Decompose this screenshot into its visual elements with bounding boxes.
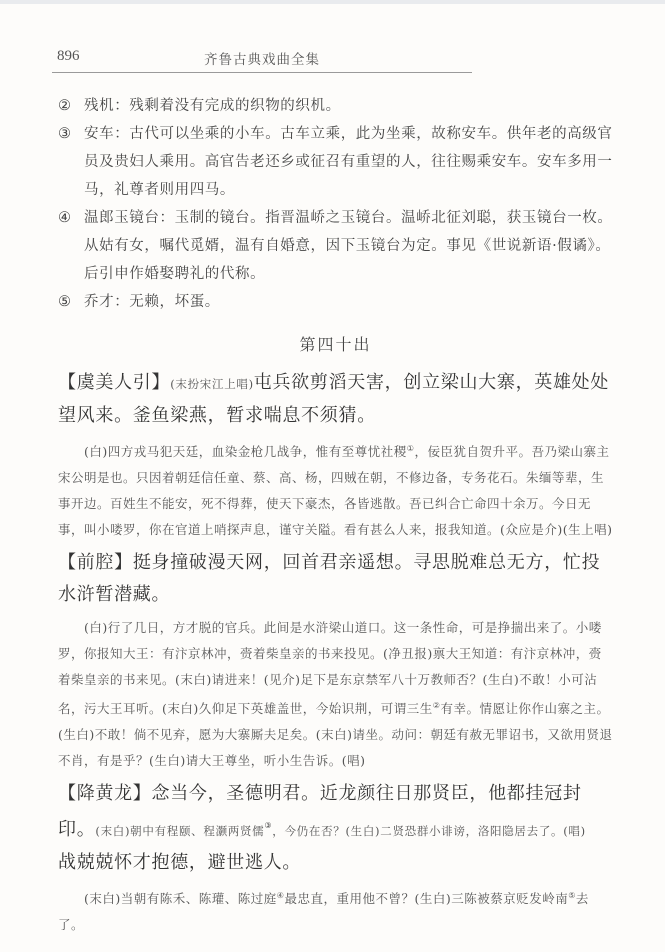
page-content: ②残机：残剩着没有完成的织物的织机。 ③安车：古代可以坐乘的小车。古车立乘，此为… <box>58 92 613 942</box>
scene-title: 第四十出 <box>58 332 613 355</box>
footnote-ref: ⑤ <box>568 891 576 900</box>
verse-text: 战兢兢怀才抱德，避世逃人。 <box>58 852 301 873</box>
aria-verse: 【虞美人引】(末扮宋江上唱)屯兵欲剪滔天害，创立梁山大寨，英雄处处望风来。釜鱼梁… <box>58 367 613 432</box>
stage-direction: (末白)朝中有程颐、程灏两贤儒 <box>95 824 264 838</box>
footnote-text: 安车：古代可以坐乘的小车。古车立乘，此为坐乘，故称安车。供年老的高级官员及贵妇人… <box>84 126 613 198</box>
dialogue-text: 最忠直，重用他不曾？(生白)三陈被蔡京贬发岭南 <box>284 891 568 906</box>
dialogue-paragraph: (白)四方戎马犯天廷，血染金枪几战争，惟有至尊忧社稷①，佞臣犹自贺升平。吾乃梁山… <box>58 436 613 543</box>
footnote-number: ④ <box>58 204 84 232</box>
stage-direction: (末扮宋江上唱) <box>170 377 254 391</box>
footnote-text: 乔才：无赖，坏蛋。 <box>84 294 220 310</box>
footnote-text: 温郎玉镜台：玉制的镜台。指晋温峤之玉镜台。温峤北征刘聪，获玉镜台一枚。从姑有女，… <box>84 210 613 282</box>
footnote-number: ② <box>58 92 84 120</box>
footnote: ②残机：残剩着没有完成的织物的织机。 <box>58 92 613 120</box>
footnote-text: 残机：残剩着没有完成的织物的织机。 <box>84 98 341 114</box>
book-title: 齐鲁古典戏曲全集 <box>52 48 472 68</box>
top-bar <box>0 0 665 4</box>
tune-name: 【前腔】 <box>58 552 133 573</box>
dialogue-paragraph: (末白)当朝有陈禾、陈瓘、陈过庭④最忠直，重用他不曾？(生白)三陈被蔡京贬发岭南… <box>58 883 613 938</box>
tune-name: 【降黄龙】 <box>58 783 152 804</box>
stage-direction: ，今仍在否？(生白)二贤恐群小诽谤，洛阳隐居去了。(唱) <box>272 824 586 838</box>
footnote: ⑤乔才：无赖，坏蛋。 <box>58 288 613 316</box>
footnote-number: ⑤ <box>58 288 84 316</box>
dialogue-paragraph: (白)行了几日，方才脱的官兵。此间是水浒梁山道口。这一条性命，可是挣揣出来了。小… <box>58 615 613 774</box>
footnote-number: ③ <box>58 120 84 148</box>
aria-verse: 【降黄龙】念当今，圣德明君。近龙颜往日那贤臣，他都挂冠封印。(末白)朝中有程颐、… <box>58 778 613 879</box>
tune-name: 【虞美人引】 <box>58 372 170 393</box>
verse-text: 挺身撞破漫天网，回首君亲遥想。寻思脱难总无方，忙投水浒暂潜藏。 <box>58 552 600 605</box>
footnote: ④温郎玉镜台：玉制的镜台。指晋温峤之玉镜台。温峤北征刘聪，获玉镜台一枚。从姑有女… <box>58 204 613 288</box>
dialogue-text: (白)四方戎马犯天廷，血染金枪几战争，惟有至尊忧社稷 <box>84 444 407 459</box>
dialogue-text: (末白)当朝有陈禾、陈瓘、陈过庭 <box>84 891 277 906</box>
aria-verse: 【前腔】挺身撞破漫天网，回首君亲遥想。寻思脱难总无方，忙投水浒暂潜藏。 <box>58 547 613 611</box>
page-header: 896 齐鲁古典戏曲全集 <box>52 48 472 73</box>
footnote: ③安车：古代可以坐乘的小车。古车立乘，此为坐乘，故称安车。供年老的高级官员及贵妇… <box>58 120 613 204</box>
